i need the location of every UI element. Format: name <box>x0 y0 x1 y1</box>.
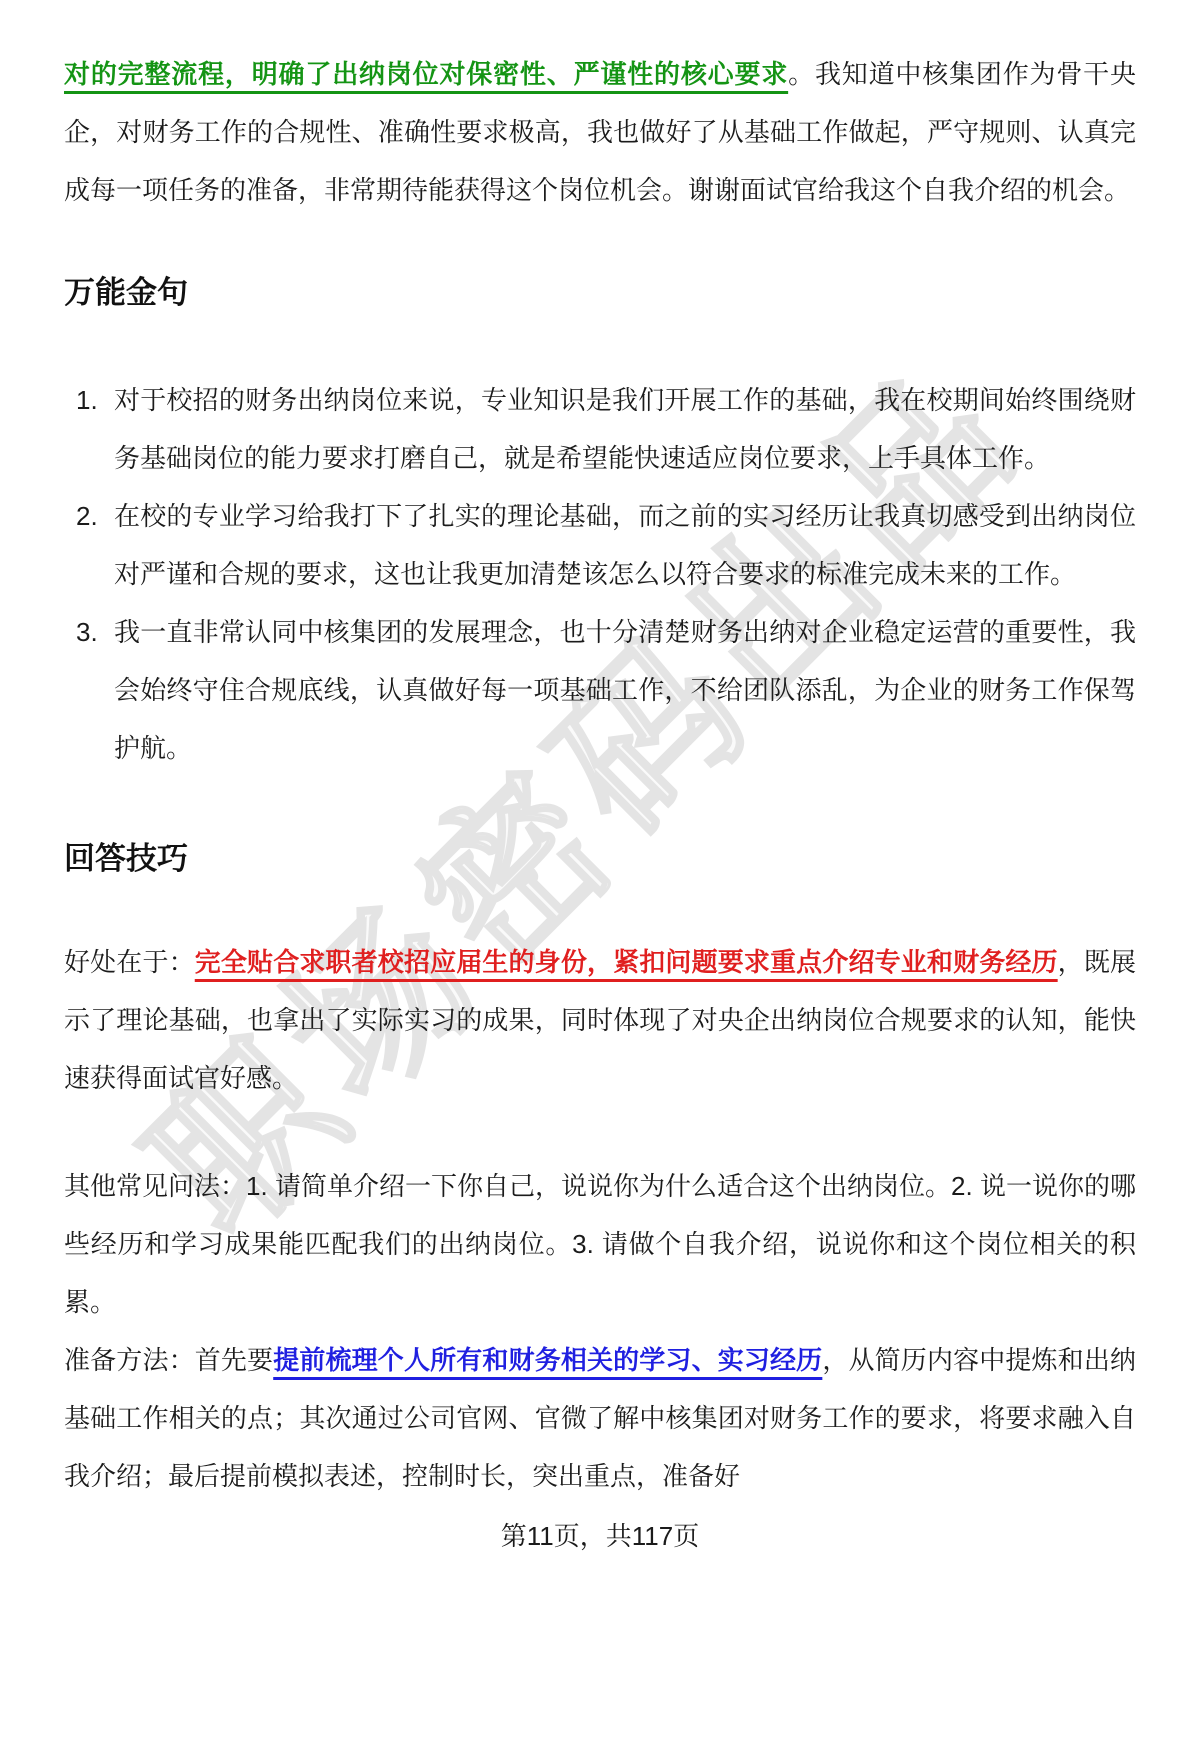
list-item-number: 3. <box>76 603 98 661</box>
list-item: 1.对于校招的财务出纳岗位来说，专业知识是我们开展工作的基础，我在校期间始终围绕… <box>64 371 1136 487</box>
benefit-paragraph: 好处在于：完全贴合求职者校招应届生的身份，紧扣问题要求重点介绍专业和财务经历，既… <box>64 933 1136 1107</box>
red-highlight-text: 完全贴合求职者校招应届生的身份，紧扣问题要求重点介绍专业和财务经历 <box>195 947 1058 977</box>
list-item: 2.在校的专业学习给我打下了扎实的理论基础，而之前的实习经历让我真切感受到出纳岗… <box>64 487 1136 603</box>
list-item-text: 对于校招的财务出纳岗位来说，专业知识是我们开展工作的基础，我在校期间始终围绕财务… <box>114 385 1136 473</box>
other-questions-paragraph: 其他常见问法：1. 请简单介绍一下你自己，说说你为什么适合这个出纳岗位。2. 说… <box>64 1157 1136 1331</box>
green-highlight-text: 对的完整流程，明确了出纳岗位对保密性、严谨性的核心要求 <box>64 59 788 89</box>
prepare-method-paragraph: 准备方法：首先要提前梳理个人所有和财务相关的学习、实习经历，从简历内容中提炼和出… <box>64 1331 1136 1505</box>
list-item-text: 在校的专业学习给我打下了扎实的理论基础，而之前的实习经历让我真切感受到出纳岗位对… <box>114 501 1136 589</box>
page-number-indicator: 第11页，共117页 <box>64 1507 1136 1565</box>
list-item-number: 2. <box>76 487 98 545</box>
golden-sentences-list: 1.对于校招的财务出纳岗位来说，专业知识是我们开展工作的基础，我在校期间始终围绕… <box>64 371 1136 777</box>
list-item: 3.我一直非常认同中核集团的发展理念，也十分清楚财务出纳对企业稳定运营的重要性，… <box>64 603 1136 777</box>
list-item-text: 我一直非常认同中核集团的发展理念，也十分清楚财务出纳对企业稳定运营的重要性，我会… <box>114 617 1136 763</box>
benefit-prefix: 好处在于： <box>64 947 195 977</box>
document-page: 职场密码出品 对的完整流程，明确了出纳岗位对保密性、严谨性的核心要求。我知道中核… <box>0 0 1200 1755</box>
section-heading-answer-technique: 回答技巧 <box>64 837 1136 881</box>
list-item-number: 1. <box>76 371 98 429</box>
page-content: 对的完整流程，明确了出纳岗位对保密性、严谨性的核心要求。我知道中核集团作为骨干央… <box>0 0 1200 1565</box>
section-heading-golden-sentences: 万能金句 <box>64 271 1136 315</box>
intro-paragraph: 对的完整流程，明确了出纳岗位对保密性、严谨性的核心要求。我知道中核集团作为骨干央… <box>64 45 1136 219</box>
blue-highlight-text: 提前梳理个人所有和财务相关的学习、实习经历 <box>273 1345 822 1375</box>
prepare-prefix: 准备方法：首先要 <box>64 1345 273 1375</box>
